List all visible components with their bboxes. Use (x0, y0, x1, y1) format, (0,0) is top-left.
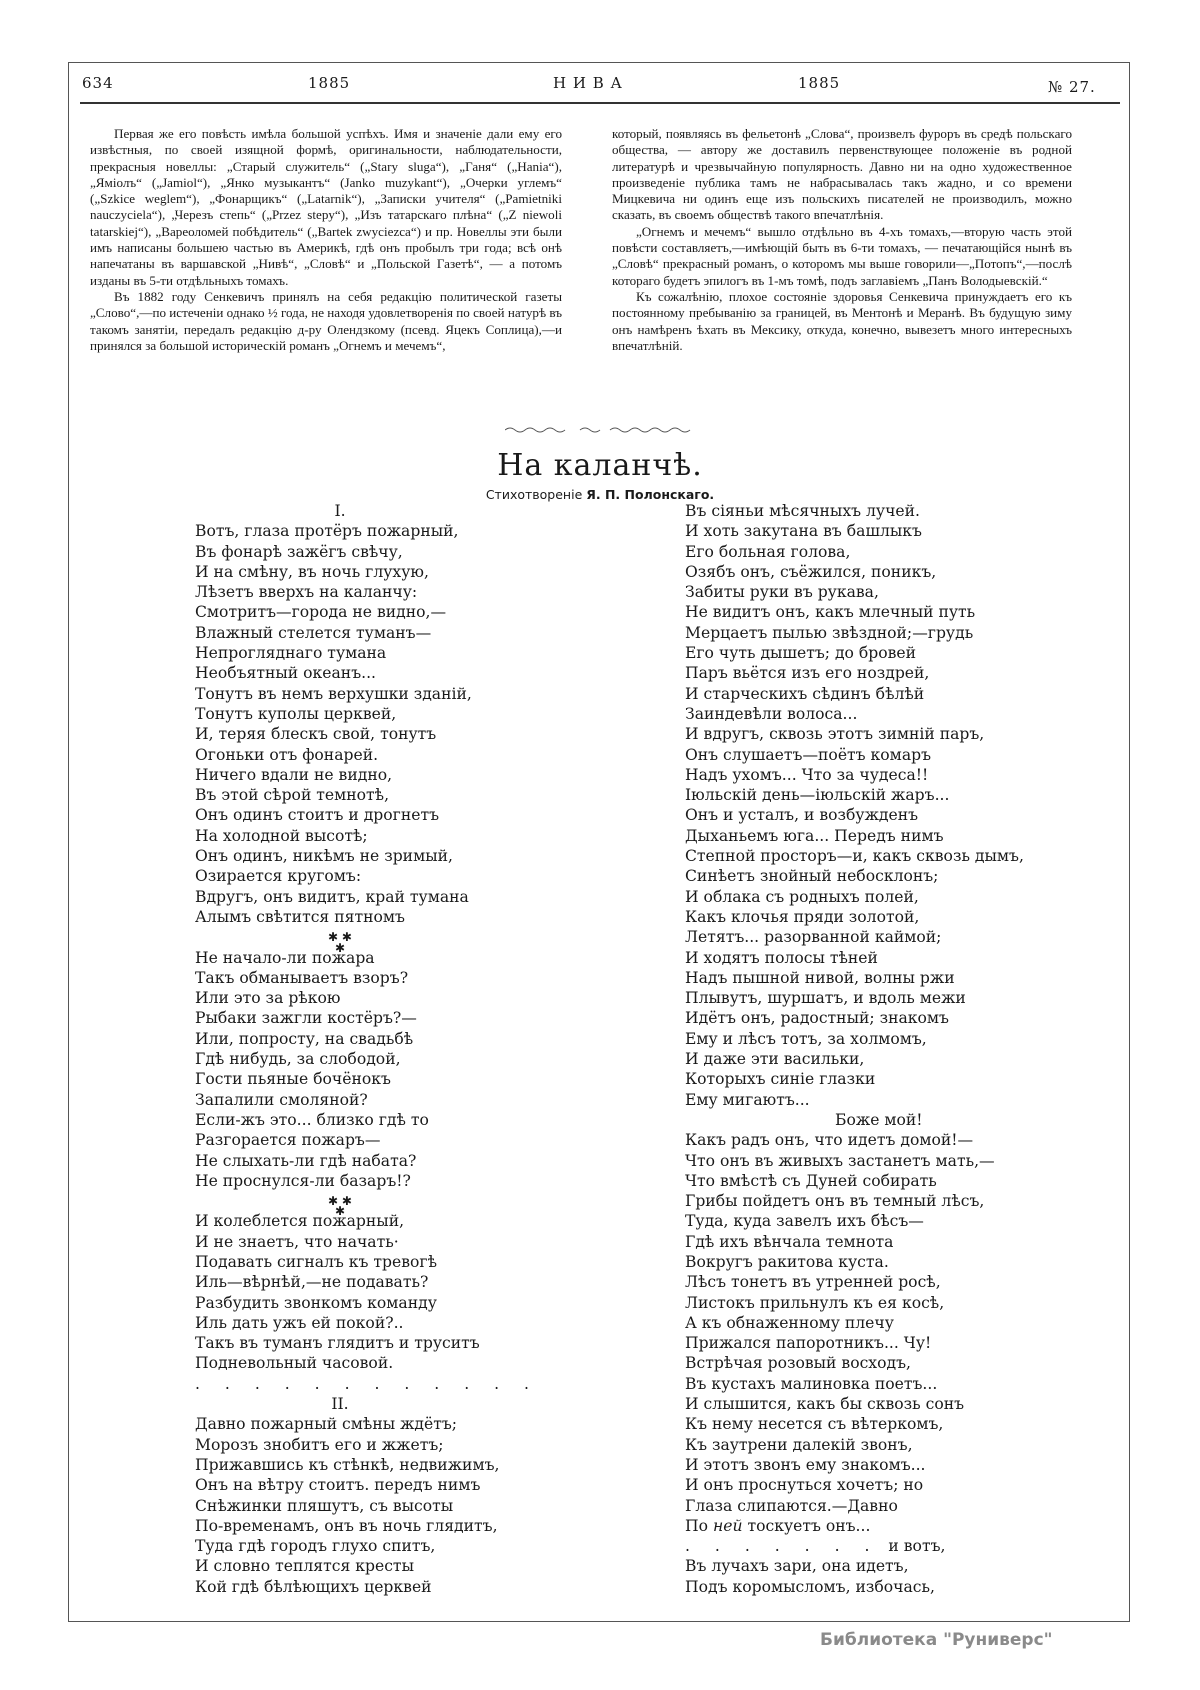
page-number: 634 (82, 74, 114, 92)
poem-line: Или это за рѣкою (195, 988, 525, 1008)
poem-line: Его чуть дышетъ; до бровей (685, 643, 1065, 663)
poem-line: И, теряя блескъ свой, тонутъ (195, 724, 525, 744)
poem-line: Алымъ свѣтится пятномъ (195, 907, 525, 927)
poem-line: Туда гдѣ городъ глухо спитъ, (195, 1536, 525, 1556)
poem-line: Какъ клочья пряди золотой, (685, 907, 1065, 927)
italic-word: ней (713, 1517, 743, 1535)
poem-line: Давно пожарный смѣны ждётъ; (195, 1414, 525, 1434)
poem-line: Или, попросту, на свадьбѣ (195, 1029, 525, 1049)
poem-line: Вотъ, глаза протёръ пожарный, (195, 521, 525, 541)
poem-line: Смотритъ—города не видно,— (195, 602, 525, 622)
ellipsis-row: . . . . . . . и вотъ, (685, 1536, 1065, 1556)
poem-line: Морозъ знобитъ его и жжетъ; (195, 1435, 525, 1455)
poem-line: Что вмѣстѣ съ Дуней собирать (685, 1171, 1065, 1191)
poem-line: Въ этой сѣрой темнотѣ, (195, 785, 525, 805)
poem-line: Синѣетъ знойный небосклонъ; (685, 866, 1065, 886)
poem-line: И ходятъ полосы тѣней (685, 948, 1065, 968)
stanza: Давно пожарный смѣны ждётъ;Морозъ знобит… (195, 1414, 525, 1597)
poem-line: Иль дать ужъ ей покой?.. (195, 1313, 525, 1333)
stanza: Въ сіяньи мѣсячныхъ лучей.И хоть закутан… (685, 501, 1065, 1110)
poem-line: Лѣзетъ вверхъ на каланчу: (195, 582, 525, 602)
poem-line: Снѣжинки пляшутъ, съ высоты (195, 1496, 525, 1516)
poem-line: И колеблется пожарный, (195, 1211, 525, 1231)
poem-line: Если-жъ это... близко гдѣ то (195, 1110, 525, 1130)
article-column-right: который, появляясь въ фельетонѣ „Слова“,… (612, 126, 1072, 354)
poem-line: Такъ обманываетъ взоръ? (195, 968, 525, 988)
poem-line: Кой гдѣ бѣлѣющихъ церквей (195, 1577, 525, 1597)
poem-line: Листокъ прильнулъ къ ея косѣ, (685, 1293, 1065, 1313)
poem-line: Подавать сигналъ къ тревогѣ (195, 1252, 525, 1272)
poem-line: Ему мигаютъ... (685, 1090, 1065, 1110)
poem-line: Въ фонарѣ зажёгъ свѣчу, (195, 542, 525, 562)
poem-line: Не слыхать-ли гдѣ набата? (195, 1151, 525, 1171)
poem-line: Гости пьяные бочёнокъ (195, 1069, 525, 1089)
poem-line: Ему и лѣсъ тотъ, за холмомъ, (685, 1029, 1065, 1049)
poem-line: Грибы пойдетъ онъ въ темный лѣсъ, (685, 1191, 1065, 1211)
poem-line: Тонутъ въ немъ верхушки зданій, (195, 684, 525, 704)
poem-line: Необъятный океанъ... (195, 663, 525, 683)
wavy-divider-ornament (505, 426, 695, 434)
poem-line: Дыханьемъ юга... Передъ нимъ (685, 826, 1065, 846)
poem-line: Подъ коромысломъ, избочась, (685, 1577, 1065, 1597)
poem-line: И хоть закутана въ башлыкъ (685, 521, 1065, 541)
poem-line: Тонутъ куполы церквей, (195, 704, 525, 724)
poem-line: Разгорается пожаръ— (195, 1130, 525, 1150)
subtitle-prefix: Стихотвореніе (486, 487, 586, 502)
ellipsis-dots: . . . . . . . (685, 1537, 879, 1555)
poem-line: Встрѣчая розовый восходъ, (685, 1353, 1065, 1373)
poem-line: Мерцаетъ пылью звѣздной;—грудь (685, 623, 1065, 643)
poem-line: И словно теплятся кресты (195, 1556, 525, 1576)
poem-line: Которыхъ синіе глазки (685, 1069, 1065, 1089)
paragraph: „Огнемъ и мечемъ“ вышло отдѣльно въ 4-хъ… (612, 224, 1072, 289)
poem-line: Лѣсъ тонетъ въ утренней росѣ, (685, 1272, 1065, 1292)
poem-line: И старческихъ сѣдинъ бѣлѣй (685, 684, 1065, 704)
line-text: и вотъ, (884, 1537, 945, 1555)
poem-line: Онъ и усталъ, и возбужденъ (685, 805, 1065, 825)
poem-line: Прижался папоротникъ... Чу! (685, 1333, 1065, 1353)
ellipsis-row: . . . . . . . . . . . . (195, 1374, 525, 1394)
poem-line: И слышится, какъ бы сквозь сонъ (685, 1394, 1065, 1414)
poem-line: Къ нему несется съ вѣтеркомъ, (685, 1414, 1065, 1434)
poem-line: Запалили смоляной? (195, 1090, 525, 1110)
issue-number: № 27. (1048, 78, 1096, 96)
poem-line: Онъ на вѣтру стоитъ. передъ нимъ (195, 1475, 525, 1495)
poem-line: Такъ въ туманъ глядитъ и труситъ (195, 1333, 525, 1353)
poem-line: И даже эти васильки, (685, 1049, 1065, 1069)
poem-line: Влажный стелется туманъ— (195, 623, 525, 643)
poem-line: Въ сіяньи мѣсячныхъ лучей. (685, 501, 1065, 521)
poem-line: Не проснулся-ли базаръ!? (195, 1171, 525, 1191)
poem-line: Въ лучахъ зари, она идетъ, (685, 1556, 1065, 1576)
section-heading-2: II. (195, 1394, 525, 1414)
poem-line: Озябъ онъ, съёжился, поникъ, (685, 562, 1065, 582)
poem-line: Гдѣ нибудь, за слободой, (195, 1049, 525, 1069)
poem-line: Степной просторъ—и, какъ сквозь дымъ, (685, 846, 1065, 866)
poem-line: Озирается кругомъ: (195, 866, 525, 886)
paragraph: Къ сожалѣнію, плохое состояніе здоровья … (612, 289, 1072, 354)
poem-line: Не начало-ли пожара (195, 948, 525, 968)
poem-line: Вдругъ, онъ видитъ, край тумана (195, 887, 525, 907)
poem-line: Вокругъ ракитова куста. (685, 1252, 1065, 1272)
poem-line: И облака съ родныхъ полей, (685, 887, 1065, 907)
poem-line: Подневольный часовой. (195, 1353, 525, 1373)
page-header: 634 1885 Н И В А 1885 № 27. (80, 74, 1120, 100)
poem-line: А къ обнаженному плечу (685, 1313, 1065, 1333)
poem-line: Онъ одинъ, никѣмъ не зримый, (195, 846, 525, 866)
poem-line: Боже мой! (685, 1110, 1065, 1130)
poem-line: Забиты руки въ рукава, (685, 582, 1065, 602)
asterism-divider: ✱ ✱✱ (195, 1191, 525, 1211)
poem-line: Паръ вьётся изъ его ноздрей, (685, 663, 1065, 683)
line-text: тоскуетъ онъ... (743, 1517, 871, 1535)
poem-line: Въ кустахъ малиновка поетъ... (685, 1374, 1065, 1394)
poem-column-left: I. Вотъ, глаза протёръ пожарный,Въ фонар… (195, 501, 525, 1597)
paragraph: Въ 1882 году Сенкевичъ принялъ на себя р… (90, 289, 562, 354)
poem-line: Огоньки отъ фонарей. (195, 745, 525, 765)
stanza: И колеблется пожарный,И не знаетъ, что н… (195, 1211, 525, 1373)
poem-line: По ней тоскуетъ онъ... (685, 1516, 1065, 1536)
paragraph: который, появляясь въ фельетонѣ „Слова“,… (612, 126, 1072, 224)
stanza: Въ лучахъ зари, она идетъ,Подъ коромысло… (685, 1556, 1065, 1597)
poem-line: Прижавшись къ стѣнкѣ, недвижимъ, (195, 1455, 525, 1475)
poem-line: И этотъ звонъ ему знакомъ... (685, 1455, 1065, 1475)
poem-line: Гдѣ ихъ вѣнчала темнота (685, 1232, 1065, 1252)
year-left: 1885 (308, 74, 350, 92)
poem-line: Не видитъ онъ, какъ млечный путь (685, 602, 1065, 622)
header-rule (80, 102, 1120, 104)
section-heading-1: I. (195, 501, 525, 521)
poem-line: Плывутъ, шуршатъ, и вдоль межи (685, 988, 1065, 1008)
stanza: Вотъ, глаза протёръ пожарный,Въ фонарѣ з… (195, 521, 525, 927)
poem-line: Его больная голова, (685, 542, 1065, 562)
poem-column-right: Въ сіяньи мѣсячныхъ лучей.И хоть закутан… (685, 501, 1065, 1597)
article-column-left: Первая же его повѣсть имѣла большой успѣ… (90, 126, 562, 354)
poem-line: Іюльскій день—іюльскій жаръ... (685, 785, 1065, 805)
poem-line: И вдругъ, сквозь этотъ зимній паръ, (685, 724, 1065, 744)
poem-line: И онъ проснуться хочетъ; но (685, 1475, 1065, 1495)
poem-line: Иль—вѣрнѣй,—не подавать? (195, 1272, 525, 1292)
poem-line: Разбудить звонкомъ команду (195, 1293, 525, 1313)
poem-line: Какъ радъ онъ, что идетъ домой!— (685, 1130, 1065, 1150)
poem-line: И не знаетъ, что начать· (195, 1232, 525, 1252)
poem-line: Непрогляднаго тумана (195, 643, 525, 663)
paragraph: Первая же его повѣсть имѣла большой успѣ… (90, 126, 562, 289)
poem-line: Летятъ... разорванной каймой; (685, 927, 1065, 947)
poem-subtitle: Стихотвореніе Я. П. Полонскаго. (0, 487, 1200, 502)
poem-line: Надъ пышной нивой, волны ржи (685, 968, 1065, 988)
poem-title: На каланчѣ. (0, 448, 1200, 483)
poem-line: Что онъ въ живыхъ застанетъ мать,— (685, 1151, 1065, 1171)
poem-line: Онъ слушаетъ—поётъ комаръ (685, 745, 1065, 765)
stanza: Не начало-ли пожараТакъ обманываетъ взор… (195, 948, 525, 1192)
poem-line: Къ заутрени далекій звонъ, (685, 1435, 1065, 1455)
poem-line: Глаза слипаются.—Давно (685, 1496, 1065, 1516)
asterism-divider: ✱ ✱✱ (195, 927, 525, 947)
poem-line: Заиндевѣли волоса... (685, 704, 1065, 724)
stanza: Какъ радъ онъ, что идетъ домой!—Что онъ … (685, 1130, 1065, 1516)
poem-line: Рыбаки зажгли костёръ?— (195, 1008, 525, 1028)
poem-line: И на смѣну, въ ночь глухую, (195, 562, 525, 582)
library-watermark: Библиотека "Руниверс" (820, 1630, 1053, 1650)
poem-line: Туда, куда завелъ ихъ бѣсъ— (685, 1211, 1065, 1231)
poem-author: Я. П. Полонскаго. (586, 487, 714, 502)
magazine-title: Н И В А (553, 74, 623, 92)
line-text: По (685, 1517, 713, 1535)
poem-line: Онъ одинъ стоитъ и дрогнетъ (195, 805, 525, 825)
poem-line: Надъ ухомъ... Что за чудеса!! (685, 765, 1065, 785)
poem-line: На холодной высотѣ; (195, 826, 525, 846)
poem-line: Ничего вдали не видно, (195, 765, 525, 785)
year-right: 1885 (798, 74, 840, 92)
poem-line: Идётъ онъ, радостный; знакомъ (685, 1008, 1065, 1028)
poem-line: По-временамъ, онъ въ ночь глядитъ, (195, 1516, 525, 1536)
